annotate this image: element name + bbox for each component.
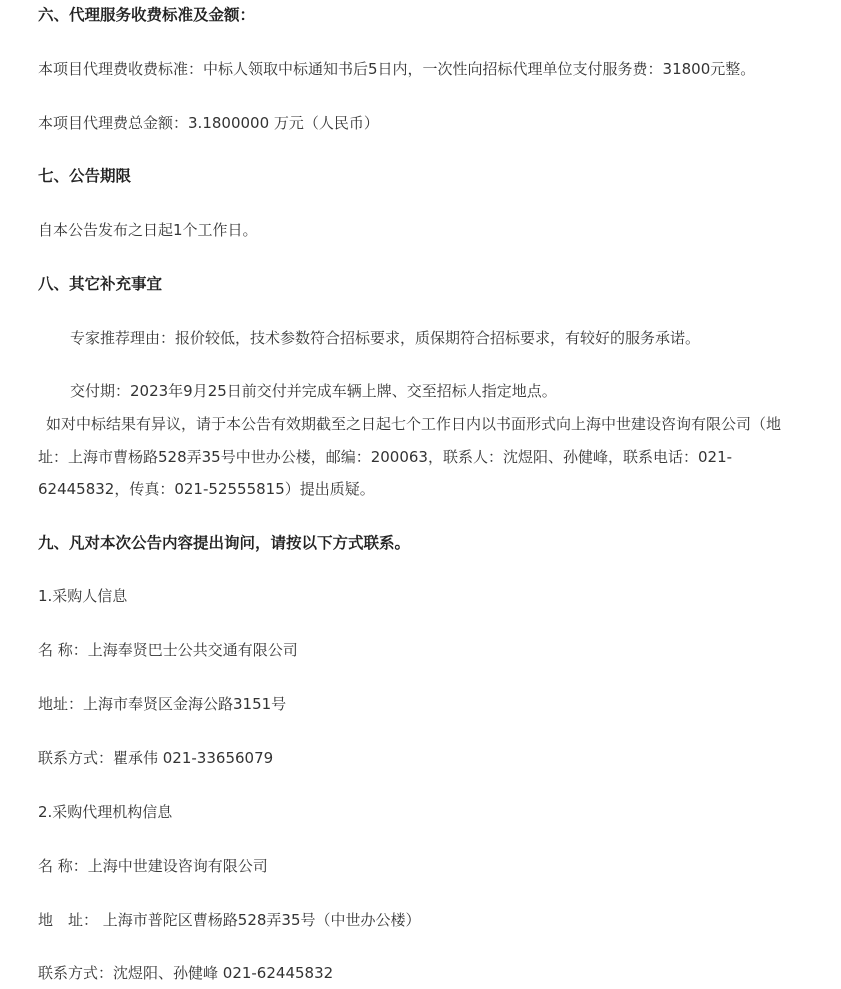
section-9-heading: 九、凡对本次公告内容提出询问，请按以下方式联系。 bbox=[38, 533, 835, 553]
purchaser-name: 名 称：上海奉贤巴士公共交通有限公司 bbox=[38, 640, 835, 660]
fee-standard-text: 本项目代理费收费标准：中标人领取中标通知书后5日内，一次性向招标代理单位支付服务… bbox=[38, 59, 835, 79]
section-6-heading: 六、代理服务收费标准及金额： bbox=[38, 5, 835, 25]
section-8-heading: 八、其它补充事宜 bbox=[38, 274, 835, 294]
agency-contact: 联系方式：沈煜阳、孙健峰 021-62445832 bbox=[38, 963, 835, 983]
purchaser-info-title: 1.采购人信息 bbox=[38, 586, 835, 606]
fee-total-text: 本项目代理费总金额：3.1800000 万元（人民币） bbox=[38, 113, 835, 133]
agency-info-title: 2.采购代理机构信息 bbox=[38, 802, 835, 822]
section-7-heading: 七、公告期限 bbox=[38, 166, 835, 186]
objection-text-line-1: 如对中标结果有异议，请于本公告有效期截至之日起七个工作日内以书面形式向上海中世建… bbox=[46, 414, 835, 434]
agency-address: 地 址： 上海市普陀区曹杨路528弄35号（中世办公楼） bbox=[38, 910, 835, 930]
agency-name: 名 称：上海中世建设咨询有限公司 bbox=[38, 856, 835, 876]
objection-text-line-2: 址：上海市曹杨路528弄35号中世办公楼，邮编：200063，联系人：沈煜阳、孙… bbox=[38, 447, 835, 467]
objection-text-line-3: 62445832，传真：021-52555815）提出质疑。 bbox=[38, 479, 835, 499]
expert-reason-text: 专家推荐理由：报价较低，技术参数符合招标要求，质保期符合招标要求，有较好的服务承… bbox=[70, 328, 835, 348]
purchaser-address: 地址：上海市奉贤区金海公路3151号 bbox=[38, 694, 835, 714]
delivery-text: 交付期：2023年9月25日前交付并完成车辆上牌、交至招标人指定地点。 bbox=[70, 381, 835, 401]
purchaser-contact: 联系方式：瞿承伟 021-33656079 bbox=[38, 748, 835, 768]
announcement-period-text: 自本公告发布之日起1个工作日。 bbox=[38, 220, 835, 240]
